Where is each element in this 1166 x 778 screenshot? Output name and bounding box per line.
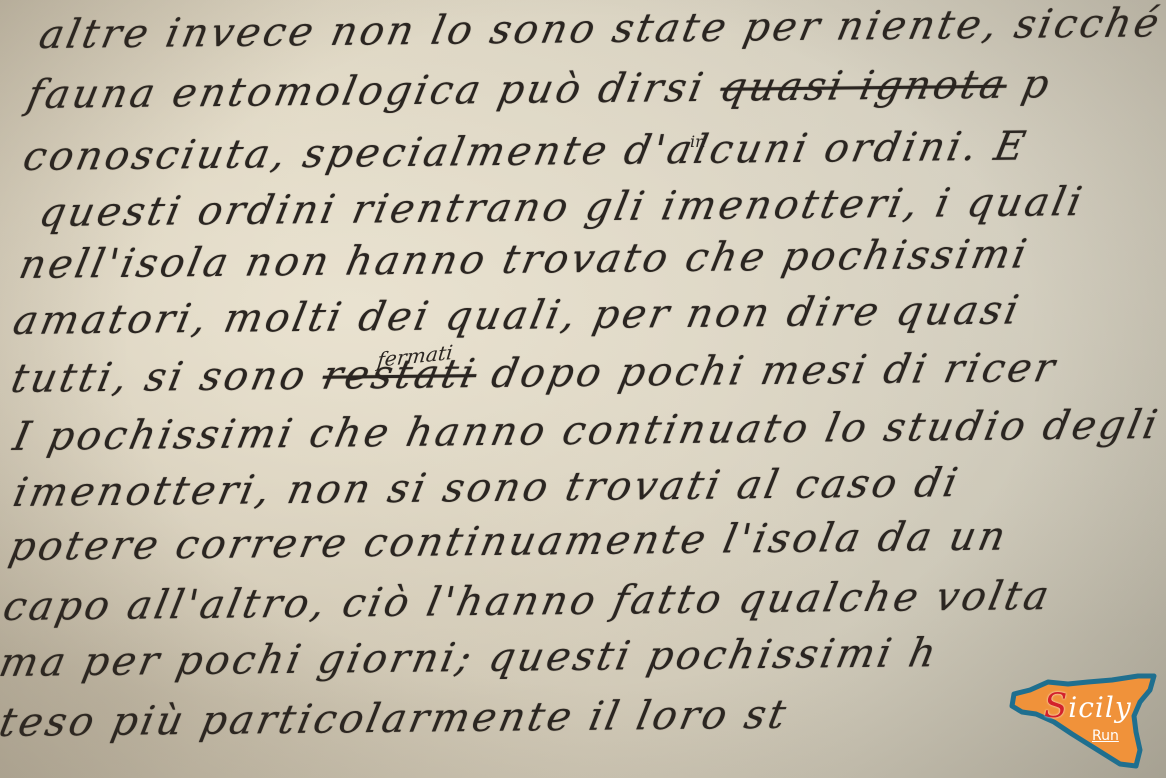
manuscript-line: I pochissimi che hanno continuato lo stu… <box>9 402 1164 460</box>
line-text: p <box>1018 61 1056 107</box>
sicily-run-logo: Sicily Run <box>1008 672 1160 772</box>
manuscript-line: imenotteri, non si sono trovati al caso … <box>9 460 964 516</box>
line-text: potere correre continuamente l'isola da … <box>5 514 1012 570</box>
logo-title-initial: S <box>1044 686 1068 726</box>
line-text: teso più particolarmente il loro st <box>0 692 793 746</box>
line-text: nell'isola non hanno trovato che pochiss… <box>15 231 1033 288</box>
manuscript-line: altre invece non lo sono state per nient… <box>35 0 1166 58</box>
line-text: I pochissimi che hanno continuato lo stu… <box>9 402 1164 460</box>
line-text: imenotteri, non si sono trovati al caso … <box>9 460 964 516</box>
manuscript-line: amatori, molti dei quali, per non dire q… <box>9 287 1025 344</box>
line-text: fauna entomologica può dirsi <box>23 65 709 118</box>
manuscript-line: capo all'altro, ciò l'hanno fatto qualch… <box>0 573 1056 630</box>
struck-text: quasi ignota <box>716 62 1011 111</box>
line-text: ma per pochi giorni; questi pochissimi h <box>0 630 943 686</box>
logo-title: Sicily <box>1044 686 1132 726</box>
manuscript-line: nell'isola non hanno trovato che pochiss… <box>15 231 1033 288</box>
manuscript-page: altre invece non lo sono state per nient… <box>0 0 1166 778</box>
logo-subtitle: Run <box>1092 728 1119 744</box>
manuscript-line: questi ordini rientrano gli imenotteri, … <box>35 179 1088 236</box>
struck-text: restati <box>318 351 481 399</box>
line-text: conosciuta, specialmente d'alcuni ordini… <box>19 124 1032 180</box>
manuscript-line: potere correre continuamente l'isola da … <box>5 514 1012 570</box>
manuscript-line: teso più particolarmente il loro st <box>0 692 793 746</box>
manuscript-line: conosciuta, specialmente d'alcuni ordini… <box>19 124 1032 180</box>
manuscript-line: tutti, si sono restati dopo pochi mesi d… <box>7 345 1061 402</box>
line-text: dopo pochi mesi di ricer <box>488 345 1062 397</box>
line-text: amatori, molti dei quali, per non dire q… <box>9 287 1025 344</box>
line-text: altre invece non lo sono state per nient… <box>35 0 1166 58</box>
line-text: questi ordini rientrano gli imenotteri, … <box>35 179 1088 236</box>
manuscript-line: ma per pochi giorni; questi pochissimi h <box>0 630 943 686</box>
manuscript-line: fauna entomologica può dirsi quasi ignot… <box>23 61 1056 118</box>
line-text: tutti, si sono <box>7 353 312 402</box>
line-text: capo all'altro, ciò l'hanno fatto qualch… <box>0 573 1056 630</box>
logo-title-rest: icily <box>1068 691 1131 724</box>
